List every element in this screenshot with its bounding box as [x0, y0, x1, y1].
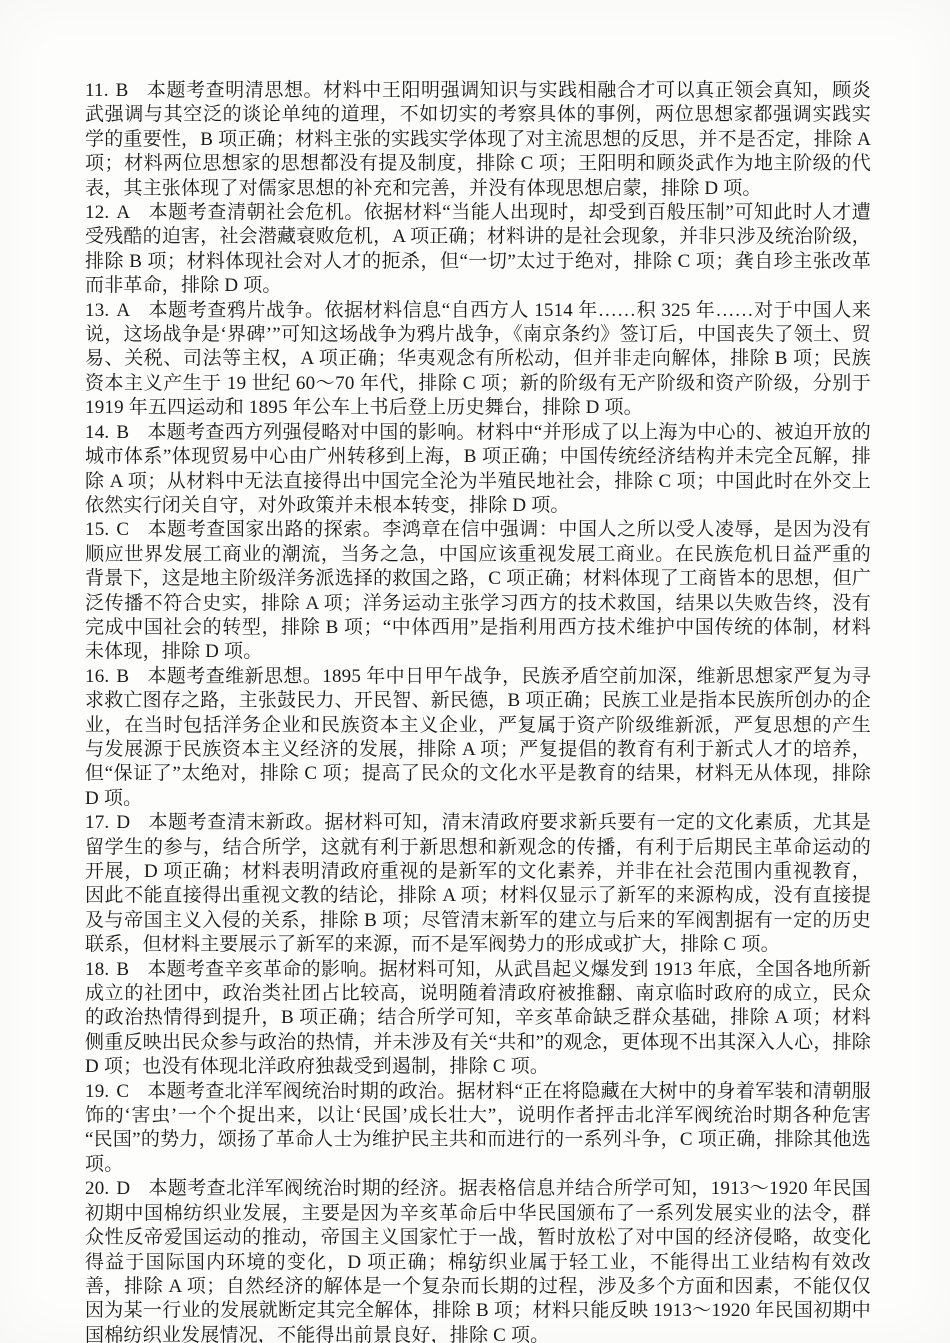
answer-letter: B: [116, 422, 129, 443]
explanation-text: 本题考查辛亥革命的影响。据材料可知，从武昌起义爆发到 1913 年底，全国各地所…: [85, 959, 871, 1078]
explanation-text: 本题考查维新思想。1895 年中日甲午战争，民族矛盾空前加深，维新思想家严复为寻…: [85, 666, 871, 809]
answer-letter: B: [116, 80, 129, 101]
answer-explanations: 11.B本题考查明清思想。材料中王阳明强调知识与实践相融合才可以真正领会真知，顾…: [85, 79, 871, 1343]
answer-letter: A: [116, 300, 130, 321]
answer-item: 11.B本题考查明清思想。材料中王阳明强调知识与实践相融合才可以真正领会真知，顾…: [85, 79, 871, 201]
question-number: 13.: [85, 300, 109, 321]
question-number: 11.: [85, 80, 109, 101]
answer-item: 16.B本题考查维新思想。1895 年中日甲午战争，民族矛盾空前加深，维新思想家…: [85, 665, 871, 811]
answer-item: 14.B本题考查西方列强侵略对中国的影响。材料中“并形成了以上海为中心的、被迫开…: [85, 421, 871, 519]
explanation-text: 本题考查国家出路的探索。李鸿章在信中强调：中国人之所以受人凌辱，是因为没有顺应世…: [85, 519, 871, 662]
answer-item: 17.D本题考查清末新政。据材料可知，清末清政府要求新兵要有一定的文化素质，尤其…: [85, 811, 871, 957]
answer-letter: B: [116, 666, 129, 687]
explanation-text: 本题考查清末新政。据材料可知，清末清政府要求新兵要有一定的文化素质，尤其是留学生…: [85, 812, 871, 955]
question-number: 17.: [85, 812, 109, 833]
page-number: 3: [0, 1260, 950, 1277]
question-number: 15.: [85, 519, 109, 540]
answer-item: 15.C本题考查国家出路的探索。李鸿章在信中强调：中国人之所以受人凌辱，是因为没…: [85, 518, 871, 664]
question-number: 18.: [85, 959, 109, 980]
scanned-answer-page: 11.B本题考查明清思想。材料中王阳明强调知识与实践相融合才可以真正领会真知，顾…: [0, 0, 950, 1343]
answer-letter: D: [116, 812, 130, 833]
answer-letter: A: [116, 202, 130, 223]
explanation-text: 本题考查鸦片战争。依据材料信息“自西方人 1514 年……积 325 年……对于…: [85, 300, 871, 419]
answer-letter: C: [116, 519, 129, 540]
answer-letter: B: [116, 959, 129, 980]
explanation-text: 本题考查明清思想。材料中王阳明强调知识与实践相融合才可以真正领会真知，顾炎武强调…: [85, 80, 871, 199]
question-number: 20.: [85, 1178, 109, 1199]
answer-letter: D: [116, 1178, 130, 1199]
answer-letter: C: [116, 1081, 129, 1102]
explanation-text: 本题考查清朝社会危机。依据材料“当能人出现时，却受到百般压制”可知此时人才遭受残…: [85, 202, 871, 296]
question-number: 14.: [85, 422, 109, 443]
answer-item: 12.A本题考查清朝社会危机。依据材料“当能人出现时，却受到百般压制”可知此时人…: [85, 201, 871, 299]
answer-item: 18.B本题考查辛亥革命的影响。据材料可知，从武昌起义爆发到 1913 年底，全…: [85, 958, 871, 1080]
question-number: 19.: [85, 1081, 109, 1102]
answer-item: 19.C本题考查北洋军阀统治时期的政治。据材料“正在将隐藏在大树中的身着军装和清…: [85, 1080, 871, 1178]
answer-item: 13.A本题考查鸦片战争。依据材料信息“自西方人 1514 年……积 325 年…: [85, 299, 871, 421]
explanation-text: 本题考查西方列强侵略对中国的影响。材料中“并形成了以上海为中心的、被迫开放的城市…: [85, 422, 871, 516]
question-number: 16.: [85, 666, 109, 687]
explanation-text: 本题考查北洋军阀统治时期的政治。据材料“正在将隐藏在大树中的身着军装和清朝服饰的…: [85, 1081, 871, 1175]
question-number: 12.: [85, 202, 109, 223]
